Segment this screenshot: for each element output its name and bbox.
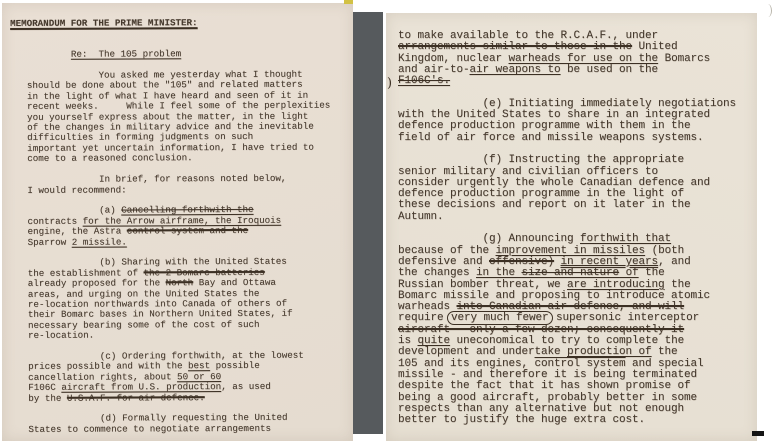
memo-text-segment: Kingdom, nuclear [398, 53, 509, 65]
memo-text-segment: the [639, 267, 665, 279]
memo-page-right-text: to make available to the R.C.A.F., under… [386, 13, 757, 426]
pen-annotated-text: 2 missile. [72, 236, 127, 247]
pen-annotated-text: forthwith that [580, 233, 671, 245]
pen-annotated-text: F106C's. [398, 75, 450, 87]
pen-annotated-text: North [166, 277, 194, 288]
memo-text-segment: 105 and its engines, [398, 358, 535, 370]
memo-line: States to commence to negotiate arrangem… [12, 423, 353, 435]
margin-pen-mark: ) [387, 76, 392, 91]
memo-text-segment: and special [626, 358, 704, 370]
memo-text-segment: the [652, 346, 678, 358]
memo-line: these decisions and report on it later i… [398, 200, 757, 211]
memo-text-segment: supersonic interceptor [550, 312, 700, 324]
pen-annotated-text: U.S.A.F. for air defence. [67, 392, 205, 404]
pen-annotated-text: improvement in missiles [496, 245, 646, 257]
memo-text-segment: Russian bomber threat, we [398, 279, 567, 291]
memo-line: Autumn. [398, 212, 757, 223]
memo-line: (f) Instructing the appropriate [398, 155, 757, 166]
memo-page-left: MEMORANDUM FOR THE PRIME MINISTER: Re: T… [2, 3, 353, 441]
memo-text-segment [10, 49, 71, 60]
memo-line: and air-to-air weapons to be used on the [398, 65, 757, 76]
pen-annotated-text: control system and the [127, 225, 248, 237]
memo-text-segment: (both [645, 245, 684, 257]
memo-page-right: ) to make available to the R.C.A.F., und… [386, 13, 757, 441]
memo-text-segment: , as used [221, 381, 271, 392]
pen-annotated-text: of [619, 267, 639, 279]
scanner-black-mark [752, 431, 764, 436]
memo-text-segment: the changes [398, 267, 476, 279]
pen-annotated-text: aircraft - only a few dozen; consequentl… [398, 324, 684, 336]
pen-annotated-text: warheads for use on the [509, 53, 659, 65]
memo-text-segment: Bay and Ottawa [193, 277, 276, 288]
page-gap-divider [353, 12, 383, 434]
memo-line: despite the fact that it has shown promi… [398, 381, 757, 392]
memo-text-segment: development and undertake [398, 346, 567, 358]
pen-annotated-text: size and nature [522, 267, 620, 279]
memo-page-left-text: MEMORANDUM FOR THE PRIME MINISTER: Re: T… [2, 3, 353, 435]
memo-line: better to justify the huge extra cost. [398, 415, 757, 426]
pen-annotated-text: arrangements similar to those in the [398, 41, 632, 53]
memo-text-segment: Sparrow [11, 236, 72, 247]
pen-annotated-text: are introducing [567, 279, 665, 291]
highlight-tab [344, 0, 353, 4]
memo-line: defence production programme with them i… [398, 121, 757, 132]
corner-pen-squiggle [764, 4, 772, 17]
memo-text-segment: the [665, 279, 691, 291]
memo-text-segment: Bomarcs [658, 53, 710, 65]
memo-text-segment: possible [210, 360, 260, 371]
pen-annotated-text: production of [567, 346, 652, 358]
pen-annotated-text: in the [476, 267, 522, 279]
memo-text-segment: require [398, 312, 450, 324]
memo-line: field of air force and missile weapons s… [398, 133, 757, 144]
memo-text-segment: by the [12, 392, 67, 403]
memo-line: F106C's. [398, 76, 757, 87]
memo-text-segment: because of the [398, 245, 496, 257]
pen-annotated-text: Re: The 105 problem [71, 48, 181, 59]
memo-text-segment: be used on the [561, 64, 659, 76]
pen-annotated-text: control system [535, 358, 626, 370]
memo-text-segment: (g) Announcing [398, 233, 580, 245]
memo-text-segment: already proposed for the [11, 277, 165, 289]
pen-annotated-text: air weapons to [470, 64, 561, 76]
pen-annotated-text: MEMORANDUM FOR THE PRIME MINISTER: [10, 17, 198, 29]
document-scan: { "colors": { "background": "#ffffff", "… [0, 0, 777, 445]
memo-text-segment: United [632, 41, 678, 53]
